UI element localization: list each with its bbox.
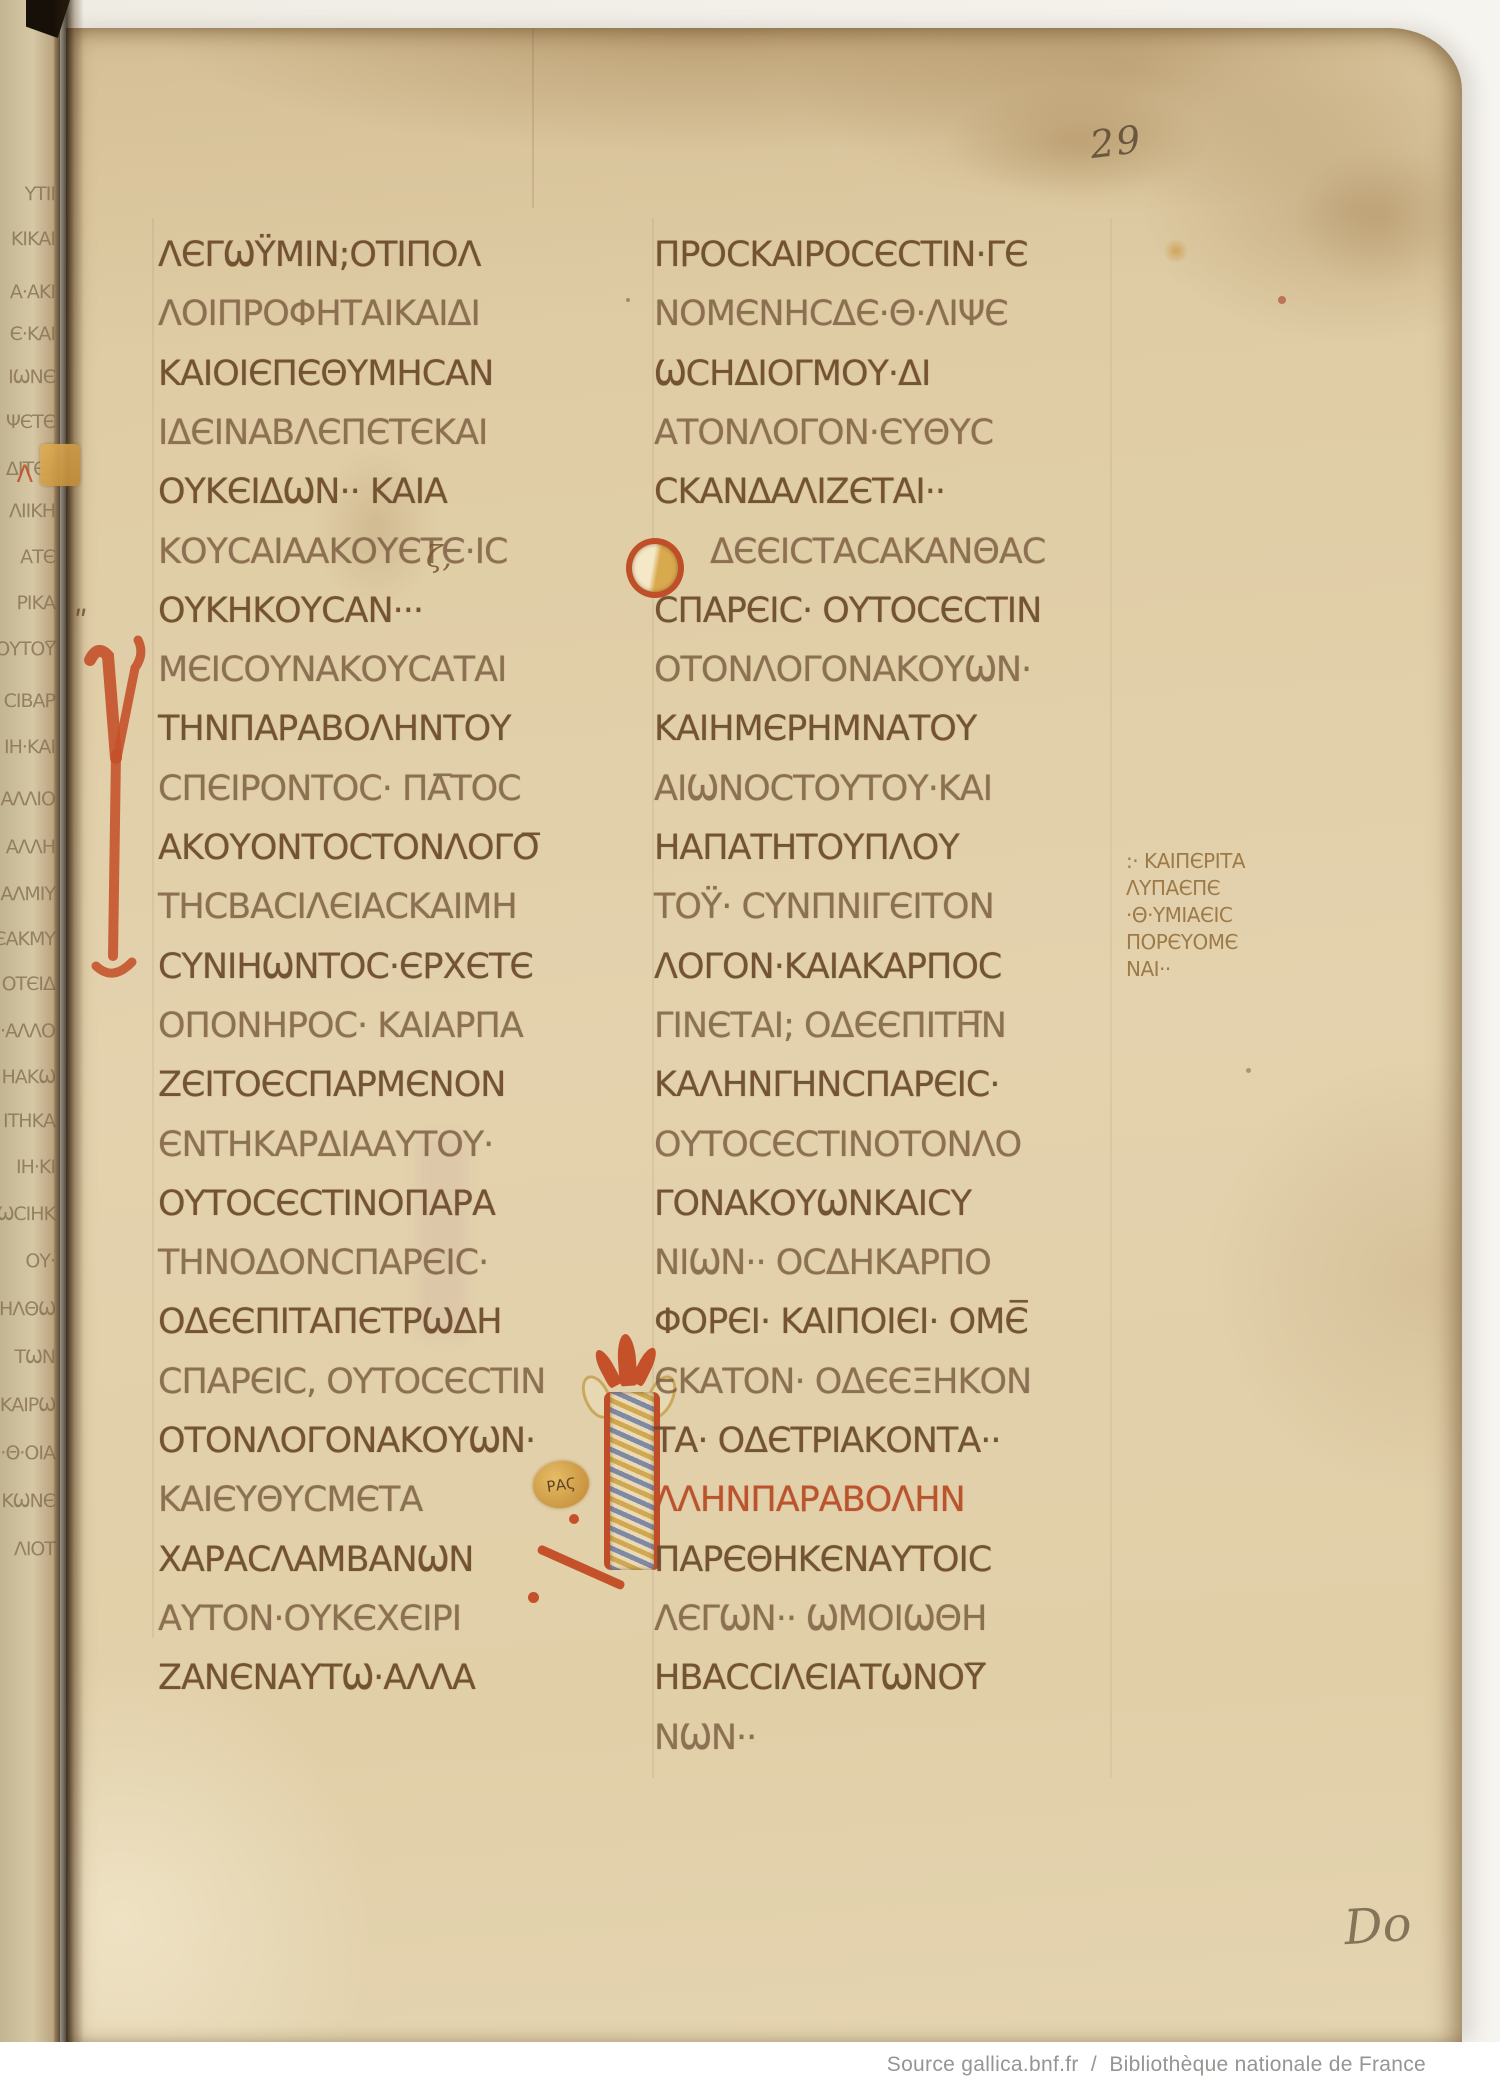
manuscript-text-line: ΝΟΜЄΝΗСΔЄ·Θ·ΛΙΨЄ	[654, 297, 1008, 332]
folio-number: 29	[1088, 117, 1145, 167]
facing-page-fragment: Λ	[17, 462, 32, 486]
manuscript-text-line: ΛЄΓѠΝ·· ѠΜΟΙѠΘΗ	[654, 1602, 986, 1637]
manuscript-text-line: ΑΤΟΝΛΟΓΟΝ·ЄΥΘΥС	[654, 416, 993, 451]
manuscript-text-line: ΟΤΟΝΛΟΓΟΝΑΚΟΥѠΝ·	[654, 653, 1031, 688]
facing-page-fragment: ΚΑΙΡѠ	[0, 1396, 55, 1415]
facing-page-fragment: ΛΙΙΚΗ	[9, 502, 55, 521]
manuscript-text-line: ЄΚΑΤΟΝ· ΟΔЄЄΞΗΚΟΝ	[654, 1365, 1031, 1400]
facing-page-fragment: ΑΛΛΗ	[6, 838, 55, 857]
stain	[1246, 1068, 1251, 1073]
stain	[946, 88, 1206, 198]
facing-page-fragment: ΟΥ·	[25, 1252, 55, 1271]
facing-page-fragment: ΗΑΚѠ	[2, 1068, 55, 1087]
manuscript-text-line: ΟΥΤΟСЄСΤΙΝΟΠΑΡΑ	[158, 1187, 495, 1222]
manuscript-text-line: ΟΔЄЄΠΙΤΑΠЄΤΡѠΔΗ	[158, 1305, 502, 1340]
manuscript-text-line: ΔЄЄΙСΤΑСΑΚΑΝΘΑС	[654, 535, 1045, 570]
manuscript-text-line: ΓΙΝЄΤΑΙ; ΟΔЄЄΠΙΤΗ̅Ν	[654, 1009, 1006, 1044]
facing-page-fragment: ΚΙΚΑΙ	[11, 230, 55, 249]
facing-page-fragment: ЄΑΚΜΥ	[0, 930, 55, 949]
facing-page-fragment: ΙΤΗΚΑ	[3, 1112, 55, 1131]
manuscript-text-line: ΤΗСΒΑСΙΛЄΙΑСΚΑΙΜΗ	[158, 890, 517, 925]
manuscript-text-line: ΛΟΙΠΡΟΦΗΤΑΙΚΑΙΔΙ	[158, 297, 480, 332]
manuscript-text-line: ѠСΗΔΙΟΓΜΟΥ·ΔΙ	[654, 357, 930, 392]
manuscript-text-line: ΟΥΚЄΙΔѠΝ·· ΚΑΙΑ	[158, 475, 447, 510]
manuscript-text-line: ΜЄΙСΟΥΝΑΚΟΥСΑΤΑΙ	[158, 653, 506, 688]
stain	[1296, 148, 1466, 288]
manuscript-text-line: ΝѠΝ··	[654, 1721, 756, 1756]
facing-page-edge: ΥΤΙΙΚΙΚΑΙΑ·ΑΚΙЄ·ΚΑΙΙѠΝЄΨЄΤЄΔΙΤЄ·ΙΛΛΙΙΚΗΑ…	[0, 0, 60, 2042]
manuscript-text-line: ΑΙѠΝΟСΤΟΥΤΟΥ·ΚΑΙ	[654, 772, 992, 807]
stain	[1162, 240, 1190, 262]
facing-page-fragment: ΥΤΙΙ	[25, 185, 55, 204]
facing-page-fragment: ΚѠΝЄ	[1, 1492, 55, 1511]
manuscript-text-line: ΑΥΤΟΝ·ΟΥΚЄΧЄΙΡΙ	[158, 1602, 461, 1637]
facing-page-fragment: ΗΛΘѠ	[0, 1300, 55, 1319]
manuscript-text-line: ΟΥΤΟСЄСΤΙΝΟΤΟΝΛΟ	[654, 1128, 1021, 1163]
gold-edge-mark	[40, 444, 80, 486]
margin-note-line: ΝΑΙ··	[1126, 959, 1171, 979]
facing-page-fragment: ΑΤЄ	[20, 548, 55, 567]
manuscript-text-line: ΝΙѠΝ·· ΟСΔΗΚΑΡΠΟ	[654, 1246, 991, 1281]
margin-note-line: ΠΟΡЄΥΟΜЄ	[1126, 932, 1238, 952]
fold-line	[532, 28, 534, 208]
manuscript-text-line: ΖΑΝЄΝΑΥΤѠ·ΑΛΛΑ	[158, 1661, 475, 1696]
facing-page-fragment: ΙΗ·ΚΑΙ	[4, 738, 55, 757]
right-text-column: ΠΡΟСΚΑΙΡΟСЄСΤΙΝ·ΓЄΝΟΜЄΝΗСΔЄ·Θ·ΛΙΨЄѠСΗΔΙΟ…	[654, 238, 1134, 1858]
intercolumn-mark: ζ,	[426, 540, 452, 575]
manuscript-scan: ΥΤΙΙΚΙΚΑΙΑ·ΑΚΙЄ·ΚΑΙΙѠΝЄΨЄΤЄΔΙΤЄ·ΙΛΛΙΙΚΗΑ…	[0, 0, 1500, 2088]
facing-page-fragment: ΤѠΝ	[14, 1348, 55, 1367]
manuscript-text-line: ΟΥΚΗΚΟΥСΑΝ···	[158, 594, 423, 629]
manuscript-text-line: ΗΑΠΑΤΗΤΟΥΠΛΟΥ	[654, 831, 959, 866]
manuscript-text-line: ΖЄΙΤΟЄСΠΑΡΜЄΝΟΝ	[158, 1068, 505, 1103]
ruling-line	[152, 218, 154, 1638]
manuscript-text-line: ΛΟΓΟΝ·ΚΑΙΑΚΑΡΠΟС	[654, 950, 1001, 985]
facing-page-fragment: Ι·Θ·ΟΙΑ	[0, 1444, 55, 1463]
facing-page-fragment: ѠСΙΗΚ	[0, 1205, 55, 1224]
stain	[1278, 296, 1286, 304]
facing-page-fragment: ΙѠΝЄ	[8, 368, 55, 387]
facing-page-fragment: ΛΙΟΤ	[14, 1540, 55, 1559]
manuscript-text-line: ΓΟΝΑΚΟΥѠΝΚΑΙСΥ	[654, 1187, 971, 1222]
facing-page-fragment: Є·ΚΑΙ	[10, 325, 55, 344]
manuscript-text-line: ΧΑΡΑСΛΑΜΒΑΝѠΝ	[158, 1543, 473, 1578]
manuscript-text-line: ΛΛΗΝΠΑΡΑΒΟΛΗΝ	[654, 1483, 965, 1518]
manuscript-text-line: ΤΗΝΟΔΟΝСΠΑΡЄΙС·	[158, 1246, 488, 1281]
manuscript-text-line: ЄΝΤΗΚΑΡΔΙΑΑΥΤΟΥ·	[158, 1128, 493, 1163]
gutter-shadow	[54, 0, 84, 2042]
manuscript-text-line: ΚΑΙΟΙЄΠЄΘΥΜΗСΑΝ	[158, 357, 493, 392]
manuscript-text-line: ΗΒΑССΙΛЄΙΑΤѠΝΟΥ̅	[654, 1661, 984, 1696]
manuscript-text-line: ΑΚΟΥΟΝΤΟСΤΟΝΛΟΓΟ̅	[158, 831, 539, 866]
manuscript-text-line: ΚΑΛΗΝΓΗΝСΠΑΡЄΙС·	[654, 1068, 999, 1103]
manuscript-text-line: ΚΑΙΗΜЄΡΗΜΝΑΤΟΥ	[654, 712, 976, 747]
footer-bar: Source gallica.bnf.fr / Bibliothèque nat…	[0, 2042, 1500, 2088]
manuscript-text-line: СΠΑΡЄΙС, ΟΥΤΟСЄСΤΙΝ	[158, 1365, 545, 1400]
facing-page-fragment: СΙΒΑΡ	[4, 692, 55, 711]
facing-page-fragment: ΙΗ·ΚΙ	[16, 1158, 55, 1177]
facing-page-fragment: ΟΥΤΟΥ̅	[0, 640, 55, 659]
margin-note-line: :· ΚΑΙΠЄΡΙΤΑ	[1126, 851, 1245, 871]
manuscript-text-line: СΠЄΙΡΟΝΤΟС· ΠΑ̅ΤΟС	[158, 772, 521, 807]
manuscript-text-line: ΦΟΡЄΙ· ΚΑΙΠΟΙЄΙ· ΟΜЄ̅	[654, 1305, 1028, 1340]
manuscript-text-line: ΛЄΓѠΫΜΙΝ;ΟΤΙΠΟΛ	[158, 238, 481, 273]
manuscript-text-line: ΠΡΟСΚΑΙΡΟСЄСΤΙΝ·ΓЄ	[654, 238, 1028, 273]
manuscript-text-line: СΥΝΙΗѠΝΤΟС·ЄΡΧЄΤЄ	[158, 950, 533, 985]
left-text-column: ΛЄΓѠΫΜΙΝ;ΟΤΙΠΟΛΛΟΙΠΡΟΦΗΤΑΙΚΑΙΔΙΚΑΙΟΙЄΠЄΘ…	[158, 238, 638, 1858]
facing-page-fragment: Α·ΑΚΙ	[10, 283, 55, 302]
facing-page-fragment: ΡΙΚΑ	[16, 594, 55, 613]
manuscript-text-line: ΚΟΥСΑΙΑΑΚΟΥЄΤЄ·ΙС	[158, 535, 508, 570]
facing-page-fragment: ΨЄΤЄ	[6, 413, 55, 432]
manuscript-text-line: ΚΑΙЄΥΘΥСΜЄΤΑ	[158, 1483, 422, 1518]
manuscript-text-line: ΤΟΫ· СΥΝΠΝΙΓЄΙΤΟΝ	[654, 890, 994, 925]
manuscript-text-line: ΤΗΝΠΑΡΑΒΟΛΗΝΤΟΥ	[158, 712, 511, 747]
manuscript-text-line: ΠΑΡЄΘΗΚЄΝΑΥΤΟΙС	[654, 1543, 991, 1578]
source-caption: Source gallica.bnf.fr / Bibliothèque nat…	[887, 2053, 1500, 2077]
manuscript-text-line: СΚΑΝΔΑΛΙΖЄΤΑΙ··	[654, 475, 945, 510]
facing-page-fragment: ΟΤЄΙΔ	[2, 975, 55, 994]
manuscript-text-line: ΟΤΟΝΛΟΓΟΝΑΚΟΥѠΝ·	[158, 1424, 535, 1459]
margin-note-line: ·Θ·ΥΜΙΑЄΙС	[1126, 905, 1232, 925]
facing-page-fragment: ΑΛΛΙΟ	[0, 790, 55, 809]
facing-page-fragment: Φ·ΑΛΛΟ	[0, 1022, 55, 1041]
corner-inscription: Do	[1342, 1896, 1413, 1957]
facing-page-fragment: ΑΛΜΙΥ	[0, 885, 55, 904]
initial-upsilon	[82, 626, 146, 1006]
margin-note-line: ΛΥΠΑЄΠЄ	[1126, 878, 1220, 898]
manuscript-text-line: СΠΑΡЄΙС· ΟΥΤΟСЄСΤΙΝ	[654, 594, 1041, 629]
manuscript-text-line: ΤΑ· ΟΔЄΤΡΙΑΚΟΝΤΑ··	[654, 1424, 1001, 1459]
manuscript-text-line: ΙΔЄΙΝΑΒΛЄΠЄΤЄΚΑΙ	[158, 416, 487, 451]
manuscript-text-line: ΟΠΟΝΗΡΟС· ΚΑΙΑΡΠΑ	[158, 1009, 523, 1044]
